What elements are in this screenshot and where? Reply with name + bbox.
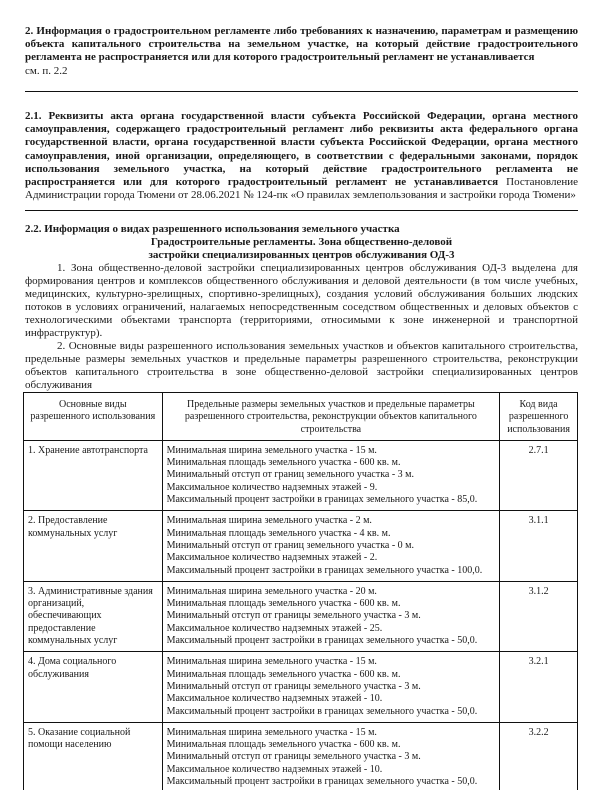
use-type-cell: 3. Административные здания организаций, … <box>24 581 163 651</box>
code-cell: 3.2.2 <box>500 722 578 790</box>
parameter-line: Минимальная ширина земельного участка - … <box>167 515 496 527</box>
table-row: 4. Дома социального обслуживания Минимал… <box>24 652 578 722</box>
parameters-cell: Минимальная ширина земельного участка - … <box>162 722 500 790</box>
use-type-cell: 2. Предоставление коммунальных услуг <box>24 511 163 581</box>
section-2-2-heading: 2.2. Информация о видах разрешенного исп… <box>25 223 578 236</box>
main-uses-paragraph: 2. Основные виды разрешенного использова… <box>25 340 578 392</box>
parameter-line: Минимальный отступ от границы земельного… <box>167 751 496 763</box>
parameter-line: Минимальный отступ от границ земельного … <box>167 469 496 481</box>
zone-description-paragraph: 1. Зона общественно-деловой застройки сп… <box>25 262 578 340</box>
parameter-line: Максимальное количество надземных этажей… <box>167 693 496 705</box>
parameter-line: Минимальная ширина земельного участка - … <box>167 727 496 739</box>
section-2: 2. Информация о градостроительном реглам… <box>25 25 578 78</box>
use-type-cell: 5. Оказание социальной помощи населению <box>24 722 163 790</box>
divider <box>25 91 578 92</box>
parameter-line: Минимальная площадь земельного участка -… <box>167 598 496 610</box>
table-row: 2. Предоставление коммунальных услуг Мин… <box>24 511 578 581</box>
parameter-line: Минимальный отступ от границы земельного… <box>167 610 496 622</box>
use-type-cell: 4. Дома социального обслуживания <box>24 652 163 722</box>
code-cell: 2.7.1 <box>500 440 578 510</box>
parameter-line: Минимальная площадь земельного участка -… <box>167 528 496 540</box>
zone-title-line-1: Градостроительные регламенты. Зона общес… <box>25 236 578 249</box>
section-2-1: 2.1. Реквизиты акта органа государственн… <box>25 110 578 202</box>
table-row: 1. Хранение автотранспорта Минимальная ш… <box>24 440 578 510</box>
section-2-heading: 2. Информация о градостроительном реглам… <box>25 25 578 65</box>
table-header-row: Основные виды разрешенного использования… <box>24 393 578 441</box>
section-2-1-heading: 2.1. Реквизиты акта органа государственн… <box>25 110 578 188</box>
parameter-line: Минимальная площадь земельного участка -… <box>167 457 496 469</box>
code-cell: 3.2.1 <box>500 652 578 722</box>
parameter-line: Максимальный процент застройки в граница… <box>167 635 496 647</box>
table-row: 3. Административные здания организаций, … <box>24 581 578 651</box>
section-2-reference: см. п. 2.2 <box>25 65 578 78</box>
parameter-line: Максимальное количество надземных этажей… <box>167 482 496 494</box>
parameter-line: Минимальная ширина земельного участка - … <box>167 586 496 598</box>
parameter-line: Максимальный процент застройки в граница… <box>167 776 496 788</box>
permitted-use-table: Основные виды разрешенного использования… <box>23 392 578 790</box>
parameters-cell: Минимальная ширина земельного участка - … <box>162 581 500 651</box>
parameters-cell: Минимальная ширина земельного участка - … <box>162 652 500 722</box>
parameter-line: Минимальная ширина земельного участка - … <box>167 445 496 457</box>
parameter-line: Максимальный процент застройки в граница… <box>167 494 496 506</box>
use-type-cell: 1. Хранение автотранспорта <box>24 440 163 510</box>
code-cell: 3.1.1 <box>500 511 578 581</box>
table-row: 5. Оказание социальной помощи населению … <box>24 722 578 790</box>
header-code: Код вида разрешенного использования <box>500 393 578 441</box>
parameter-line: Максимальное количество надземных этажей… <box>167 552 496 564</box>
divider <box>25 210 578 211</box>
parameter-line: Минимальная площадь земельного участка -… <box>167 739 496 751</box>
parameter-line: Минимальная площадь земельного участка -… <box>167 669 496 681</box>
parameter-line: Минимальный отступ от границ земельного … <box>167 540 496 552</box>
code-cell: 3.1.2 <box>500 581 578 651</box>
header-parameters: Предельные размеры земельных участков и … <box>162 393 500 441</box>
header-use-type: Основные виды разрешенного использования <box>24 393 163 441</box>
parameter-line: Минимальная ширина земельного участка - … <box>167 656 496 668</box>
parameter-line: Максимальный процент застройки в граница… <box>167 706 496 718</box>
parameter-line: Максимальное количество надземных этажей… <box>167 764 496 776</box>
zone-title-line-2: застройки специализированных центров обс… <box>25 249 578 262</box>
parameter-line: Максимальный процент застройки в граница… <box>167 565 496 577</box>
parameter-line: Максимальное количество надземных этажей… <box>167 623 496 635</box>
parameter-line: Минимальный отступ от границы земельного… <box>167 681 496 693</box>
parameters-cell: Минимальная ширина земельного участка - … <box>162 511 500 581</box>
parameters-cell: Минимальная ширина земельного участка - … <box>162 440 500 510</box>
